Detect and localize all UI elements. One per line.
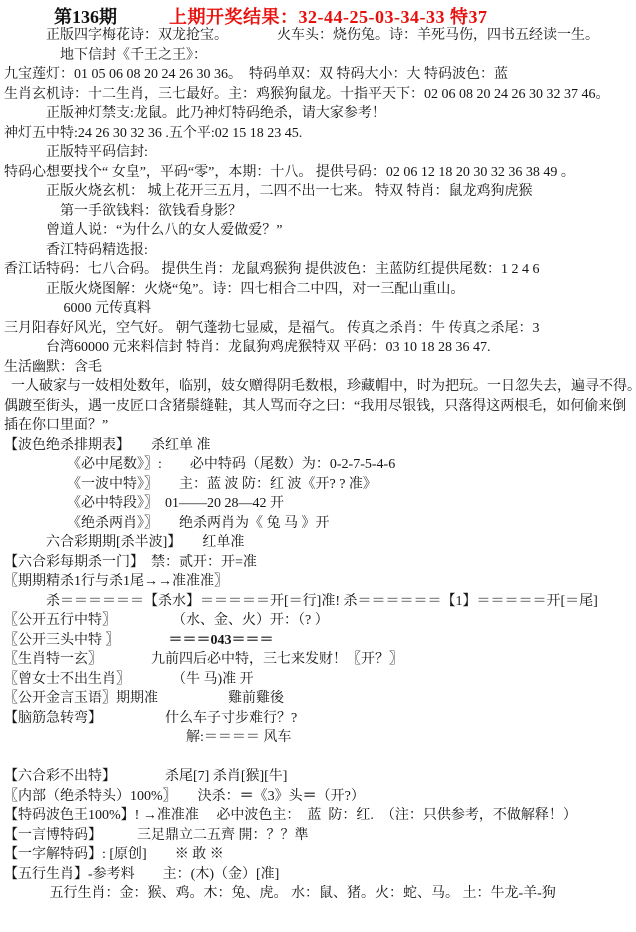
text-segment: 正版火烧玄机： 城上花开三五月，二四不出一七来。 特双 特肖：鼠龙鸡狗虎猴: [4, 184, 533, 199]
text-line: 正版火烧玄机： 城上花开三五月，二四不出一七来。 特双 特肖：鼠龙鸡狗虎猴: [4, 182, 632, 202]
text-line: 香江特码精选报:: [4, 241, 632, 261]
text-segment: 九宝莲灯：01 05 06 08 20 24 26 30 36。 特码单双：双 …: [4, 67, 508, 82]
text-line: 杀＝＝＝＝＝＝【杀水】＝＝＝＝＝开[＝行]准! 杀＝＝＝＝＝＝【1】＝＝＝＝＝开…: [4, 592, 632, 612]
lottery-tip-sheet: 第136期 上期开奖结果：32-44-25-03-34-33 特37 正版四字梅…: [0, 0, 636, 904]
text-segment: 〖公开三头中特 〗: [4, 633, 169, 648]
text-segment: 6000 元传真料: [4, 301, 151, 316]
text-segment: 正版神灯禁支:龙鼠。此乃神灯特码绝杀，请大家参考！: [4, 106, 386, 121]
text-line: 九宝莲灯：01 05 06 08 20 24 26 30 36。 特码单双：双 …: [4, 65, 632, 85]
text-line: 【一字解特码】: [原创] ※ 敢 ※: [4, 845, 632, 865]
text-segment: 香江特码精选报:: [4, 243, 148, 258]
text-segment: 台湾60000 元来料信封 特肖：龙鼠狗鸡虎猴特双 平码：03 10 18 28…: [4, 340, 491, 355]
text-line: 【特码波色王100%】! →准准准 必中波色主： 蓝 防：红. （注：只供参考，…: [4, 806, 632, 826]
text-line: 特码心想要找个“ 女皇”，平码“零”，本期：十八。 提供号码：02 06 12 …: [4, 163, 632, 183]
text-line: 曾道人说：“为什么八的女人爱做爱？”: [4, 221, 632, 241]
text-line: 〖公开五行中特〗 （水、金、火）开：（? ）: [4, 611, 632, 631]
text-line: 生肖玄机诗：十二生肖，三七最好。主：鸡猴狗鼠龙。十指平天下：02 06 08 2…: [4, 85, 632, 105]
text-segment: 正版四字梅花诗：双龙抢宝。 火车头：烧伤兔。诗：羊死马伤，四书五经读一生。: [4, 28, 599, 43]
text-segment: 【一言博特码】 三足鼎立二五齊 開：？？準: [4, 828, 309, 843]
text-segment: 解:＝＝＝＝ 风车: [4, 730, 291, 745]
text-segment: 《绝杀两肖》〗 绝杀两肖为《 兔 马 》开: [4, 516, 330, 531]
text-line: 正版神灯禁支:龙鼠。此乃神灯特码绝杀，请大家参考！: [4, 104, 632, 124]
text-segment: 【五行生肖】-参考料 主：(木)（金）[准]: [4, 867, 279, 882]
text-line: 〖公开三头中特 〗 ＝＝＝043＝＝＝: [4, 631, 632, 651]
text-line: 【五行生肖】-参考料 主：(木)（金）[准]: [4, 865, 632, 885]
text-line: 【六合彩每期杀一门】 禁：贰开：开=准: [4, 553, 632, 573]
content-lines: 正版四字梅花诗：双龙抢宝。 火车头：烧伤兔。诗：羊死马伤，四书五经读一生。 地下…: [4, 26, 632, 904]
text-segment: 《3》头: [254, 789, 303, 804]
text-line: 【一言博特码】 三足鼎立二五齊 開：？？準: [4, 826, 632, 846]
text-segment: 【六合彩不出特】 杀尾[7] 杀肖[猴][牛]: [4, 769, 287, 784]
text-line: 【波色绝杀排期表】 杀红单 准: [4, 436, 632, 456]
text-line: 一人破家与一妓相处数年，临别，妓女赠得阴毛数根，珍藏帽中，时为把玩。一日忽失去，…: [4, 377, 632, 397]
text-segment: ＝: [240, 789, 254, 804]
text-line: 〖内部（绝杀特头）100%〗 決杀：＝《3》头＝（开?）: [4, 787, 632, 807]
text-line: 《必中特段》〗 01——20 28—42 开: [4, 494, 632, 514]
text-segment: 〖曾女士不出生肖〗 （牛 马)准 开: [4, 672, 254, 687]
text-segment: 曾道人说：“为什么八的女人爱做爱？”: [4, 223, 282, 238]
text-segment: 特码心想要找个“ 女皇”，平码“零”，本期：十八。 提供号码：02 06 12 …: [4, 165, 575, 180]
text-segment: 【脑筋急转弯】 什么车子寸步难行？?: [4, 711, 297, 726]
text-segment: 三月阳春好风光，空气好。 朝气蓬勃七显威，是福气。 传真之杀肖：牛 传真之杀尾：…: [4, 321, 540, 336]
text-line: 【脑筋急转弯】 什么车子寸步难行？?: [4, 709, 632, 729]
text-segment: 【特码波色王100%】! →准准准 必中波色主： 蓝 防：红. （注：只供参考，…: [4, 808, 577, 823]
text-segment: 六合彩期期[杀半波]】 红单准: [4, 535, 244, 550]
text-line: 【六合彩不出特】 杀尾[7] 杀肖[猴][牛]: [4, 767, 632, 787]
text-line: 生活幽默：含毛: [4, 358, 632, 378]
text-line: 五行生肖：金：猴、鸡。木：兔、虎。 水：鼠、猪。火：蛇、马。 土：牛龙-羊-狗: [4, 884, 632, 904]
text-segment: 生活幽默：含毛: [4, 360, 102, 375]
text-line: 6000 元传真料: [4, 299, 632, 319]
text-line: 正版四字梅花诗：双龙抢宝。 火车头：烧伤兔。诗：羊死马伤，四书五经读一生。: [4, 26, 632, 46]
text-segment: 插在你口里面？”: [4, 418, 108, 433]
text-line: 地下信封《千王之王》：: [4, 46, 632, 66]
text-line: 正版特平码信封:: [4, 143, 632, 163]
text-line: 插在你口里面？”: [4, 416, 632, 436]
text-line: 神灯五中特:24 26 30 32 36 .五个平:02 15 18 23 45…: [4, 124, 632, 144]
text-segment: 【波色绝杀排期表】 杀红单 准: [4, 438, 211, 453]
text-segment: 神灯五中特:24 26 30 32 36 .五个平:02 15 18 23 45…: [4, 126, 302, 141]
text-segment: 〖内部（绝杀特头）100%〗 決杀：: [4, 789, 240, 804]
text-segment: 正版火烧图解：火烧“兔”。诗：四七相合二中四，对一三配山重山。: [4, 282, 464, 297]
text-line: [4, 748, 632, 768]
text-segment: （开?）: [317, 789, 365, 804]
text-line: 《一波中特》〗 主：蓝 波 防：红 波《开? ? 准》: [4, 475, 632, 495]
text-segment: 正版特平码信封:: [4, 145, 148, 160]
text-segment: 偶踱至街头，遇一皮匠口含猪鬃缝鞋，其人骂而夺之曰：“我用尽银钱，只落得这两根毛，…: [4, 399, 626, 414]
text-line: 〖公开金言玉语〗期期准 雞前雞後: [4, 689, 632, 709]
text-line: 正版火烧图解：火烧“兔”。诗：四七相合二中四，对一三配山重山。: [4, 280, 632, 300]
text-segment: 生肖玄机诗：十二生肖，三七最好。主：鸡猴狗鼠龙。十指平天下：02 06 08 2…: [4, 87, 610, 102]
text-segment: 【一字解特码】: [原创] ※ 敢 ※: [4, 847, 224, 862]
text-segment: 五行生肖：金：猴、鸡。木：兔、虎。 水：鼠、猪。火：蛇、马。 土：牛龙-羊-狗: [4, 886, 556, 901]
text-line: 第一手欲钱料：欲钱看身影？: [4, 202, 632, 222]
text-segment: ＝: [303, 789, 317, 804]
text-segment: 〖公开五行中特〗 （水、金、火）开：（? ）: [4, 613, 329, 628]
text-line: 〖生肖特一玄〗 九前四后必中特，三七来发财！〖开？〗: [4, 650, 632, 670]
text-line: 解:＝＝＝＝ 风车: [4, 728, 632, 748]
text-segment: 第一手欲钱料：欲钱看身影？: [4, 204, 242, 219]
text-line: 六合彩期期[杀半波]】 红单准: [4, 533, 632, 553]
text-segment: 《必中尾数》〗: 必中特码（尾数）为：0-2-7-5-4-6: [4, 457, 395, 472]
text-segment: ＝＝＝043＝＝＝: [169, 633, 274, 648]
text-segment: 【六合彩每期杀一门】 禁：贰开：开=准: [4, 555, 257, 570]
text-line: 三月阳春好风光，空气好。 朝气蓬勃七显威，是福气。 传真之杀肖：牛 传真之杀尾：…: [4, 319, 632, 339]
text-segment: 〖公开金言玉语〗期期准 雞前雞後: [4, 691, 284, 706]
text-segment: 《一波中特》〗 主：蓝 波 防：红 波《开? ? 准》: [4, 477, 377, 492]
text-segment: 香江话特码：七八合码。 提供生肖：龙鼠鸡猴狗 提供波色：主蓝防红提供尾数：1 2…: [4, 262, 540, 277]
text-segment: 地下信封《千王之王》：: [4, 48, 207, 63]
text-line: 〖期期精杀1行与杀1尾→→准准准〗: [4, 572, 632, 592]
text-line: 偶踱至街头，遇一皮匠口含猪鬃缝鞋，其人骂而夺之曰：“我用尽银钱，只落得这两根毛，…: [4, 397, 632, 417]
text-segment: 〖期期精杀1行与杀1尾→→准准准〗: [4, 574, 228, 589]
text-segment: 一人破家与一妓相处数年，临别，妓女赠得阴毛数根，珍藏帽中，时为把玩。一日忽失去，…: [4, 379, 632, 394]
text-segment: 〖生肖特一玄〗 九前四后必中特，三七来发财！〖开？〗: [4, 652, 403, 667]
text-line: 台湾60000 元来料信封 特肖：龙鼠狗鸡虎猴特双 平码：03 10 18 28…: [4, 338, 632, 358]
text-segment: 《必中特段》〗 01——20 28—42 开: [4, 496, 284, 511]
text-line: 《绝杀两肖》〗 绝杀两肖为《 兔 马 》开: [4, 514, 632, 534]
header: 第136期 上期开奖结果：32-44-25-03-34-33 特37: [4, 3, 632, 26]
text-segment: 杀＝＝＝＝＝＝【杀水】＝＝＝＝＝开[＝行]准! 杀＝＝＝＝＝＝【1】＝＝＝＝＝开…: [4, 594, 598, 609]
text-line: 香江话特码：七八合码。 提供生肖：龙鼠鸡猴狗 提供波色：主蓝防红提供尾数：1 2…: [4, 260, 632, 280]
text-line: 〖曾女士不出生肖〗 （牛 马)准 开: [4, 670, 632, 690]
text-line: 《必中尾数》〗: 必中特码（尾数）为：0-2-7-5-4-6: [4, 455, 632, 475]
